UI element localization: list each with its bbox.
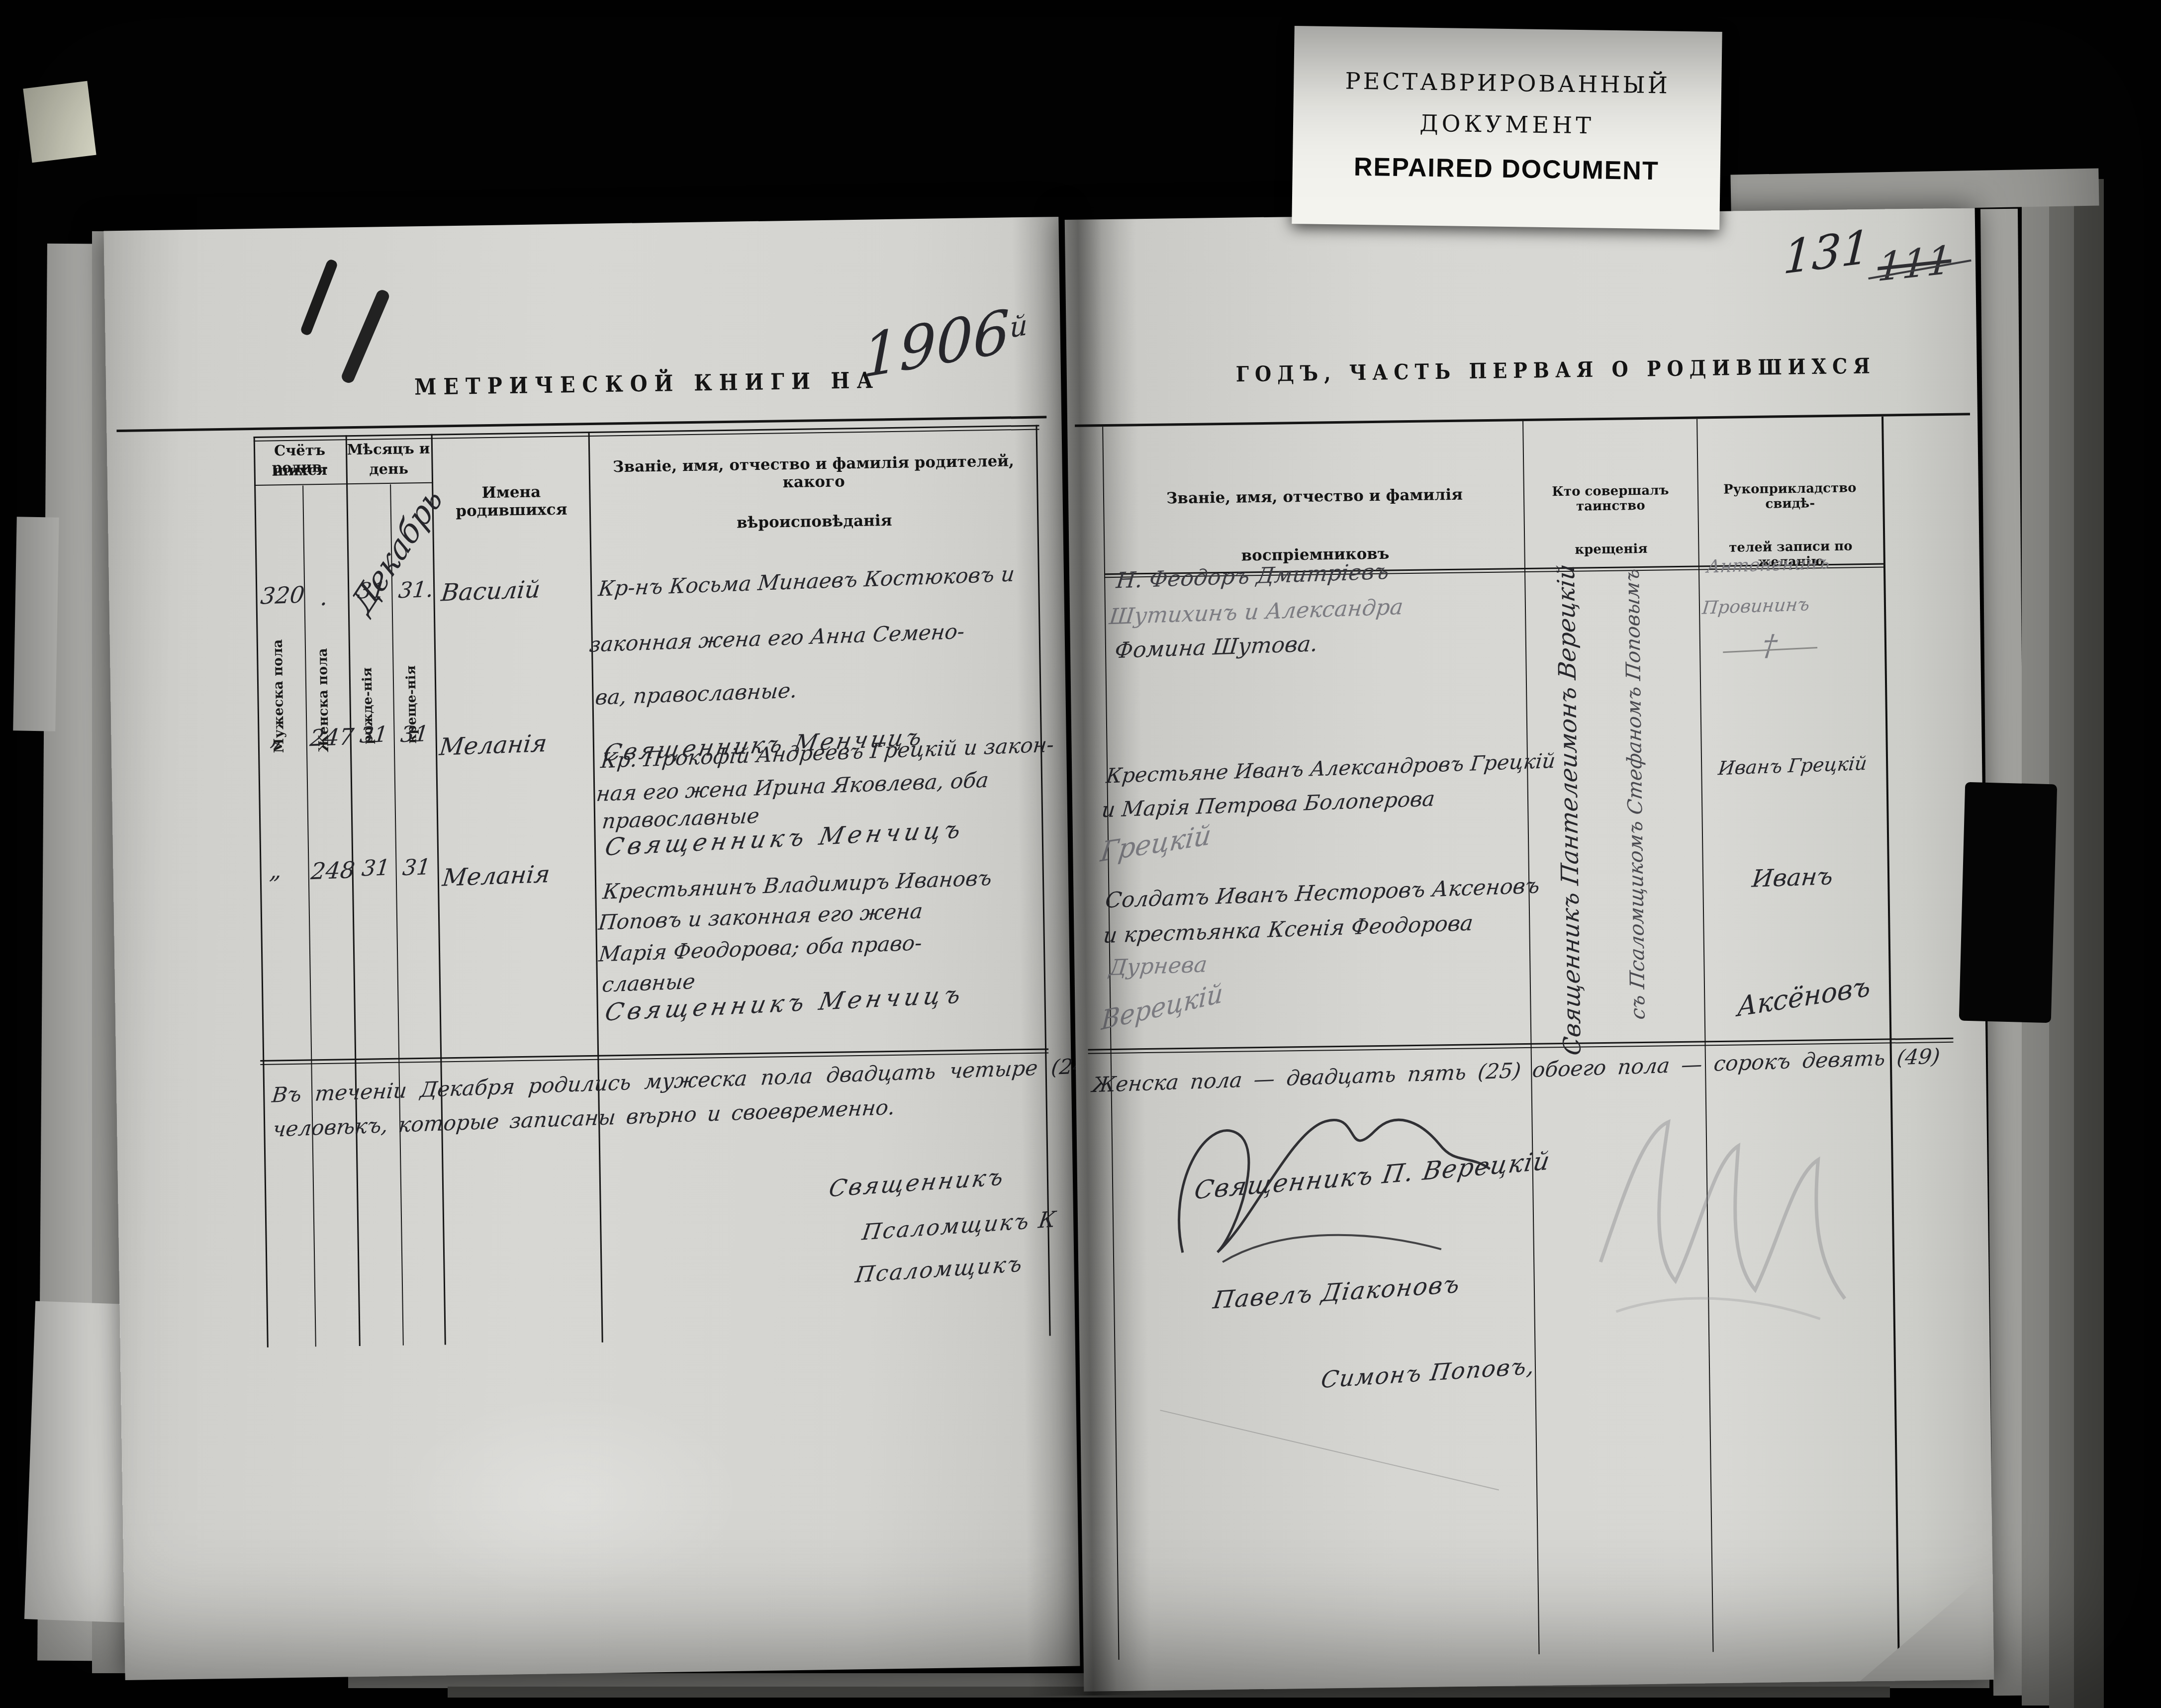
repair-label-ru-line2: ДОКУМЕНТ: [1293, 108, 1721, 141]
ink-smudge: [340, 288, 391, 385]
entry-parents-line: Крестьянинъ Владимиръ Ивановъ: [602, 868, 993, 902]
clergy-signature: Псаломщикъ: [854, 1253, 1025, 1286]
folio-number-crossed: 111: [1877, 241, 1953, 288]
year-handwritten: 1906й: [862, 298, 1028, 386]
godparents-line: Фомина Шутова.: [1114, 633, 1318, 662]
godparents-line: Крестьяне Иванъ Александровъ Грецкій: [1105, 751, 1556, 787]
repair-label: РЕСТАВРИРОВАННЫЙ ДОКУМЕНТ REPAIRED DOCUM…: [1292, 26, 1722, 230]
entry-baptism-day: 31: [401, 856, 432, 879]
entry-baptism-day: 31.: [397, 579, 435, 602]
entry-male-no: „: [269, 725, 283, 749]
entry-birth-day: 31: [361, 857, 391, 880]
entry-name: Меланія: [438, 731, 548, 759]
entry-baptism-day: 31: [399, 723, 430, 746]
summary-line: Женска пола — двадцать пять (25) обоего …: [1091, 1046, 1941, 1095]
col-line: [588, 432, 603, 1343]
entry-birth-day: 31: [359, 723, 389, 746]
witness-line: Антоненинъ: [1706, 554, 1831, 576]
right-page-title: ГОДЪ, ЧАСТЬ ПЕРВАЯ О РОДИВШИХСЯ: [1235, 353, 1876, 386]
col-line: [302, 485, 316, 1347]
entry-parents-line: ва, православные.: [594, 680, 798, 709]
paper-scrap: [13, 517, 59, 731]
archival-photo: МЕТРИЧЕСКОЙ КНИГИ НА 1906й Счётъ родив- …: [0, 0, 2161, 1708]
entry-name: Меланія: [441, 862, 551, 890]
entry-name: Василій: [440, 577, 542, 605]
witness-cross-mark: †: [1761, 630, 1779, 660]
paper-scrap: [23, 81, 96, 163]
col-header-count2: шихся: [254, 461, 346, 479]
header-rule: [116, 416, 1046, 432]
godparents-line: Солдатъ Иванъ Несторовъ Аксеновъ: [1104, 876, 1541, 912]
entry-male-no: „: [269, 859, 283, 882]
col-header-names: Имена родившихся: [433, 482, 589, 521]
col-header-officiant2: крещенія: [1524, 540, 1698, 558]
entry-parents-line: Кр-нъ Косьма Минаевъ Костюковъ и: [597, 564, 1016, 600]
witness-line: Провининъ: [1701, 596, 1810, 617]
officiant-vertical-line1: Священникъ Пантелеимонъ Верецкій: [1554, 563, 1585, 1057]
clergy-signature: Симонъ Поповъ,: [1319, 1354, 1537, 1391]
witness-line: Аксёновъ: [1737, 973, 1871, 1021]
col-line: [346, 435, 361, 1346]
entry-parents-line: ная его жена Ирина Яковлева, оба: [595, 770, 990, 805]
entry-male-no: 320: [260, 583, 306, 608]
col-header-parents: Званіе, имя, отчество и фамилія родителе…: [592, 452, 1035, 494]
col-header-month: Мѣсяцъ и: [346, 440, 431, 458]
entry-female-no: 247: [309, 725, 355, 749]
folio-number: 131: [1782, 224, 1871, 281]
repair-label-ru-line1: РЕСТАВРИРОВАННЫЙ: [1294, 67, 1722, 99]
entry-parents-line: Марія Феодорова; оба право-: [598, 932, 923, 965]
entry-female-no: 248: [310, 858, 356, 883]
subheader-divider: [254, 482, 433, 486]
entry-parents-line: законная жена его Анна Семено-: [588, 621, 966, 655]
pencil-scribble: [1584, 1099, 1885, 1352]
entry-birth-day: 31: [357, 579, 387, 602]
repair-label-en: REPAIRED DOCUMENT: [1292, 151, 1720, 187]
godparents-line: Шутихинъ и Александра: [1108, 596, 1404, 628]
witness-line: Иванъ: [1751, 864, 1834, 891]
col-header-godparents: Званіе, имя, отчество и фамилія: [1106, 485, 1523, 508]
col-line: [254, 437, 269, 1348]
officiant-vertical-line2: съ Псаломщикомъ Стефаномъ Поповымъ: [1622, 567, 1648, 1021]
left-page-title: МЕТРИЧЕСКОЙ КНИГИ НА: [414, 367, 880, 400]
godparents-line: и крестьянка Ксенія Феодорова: [1102, 913, 1474, 947]
left-page: МЕТРИЧЕСКОЙ КНИГИ НА 1906й Счётъ родив- …: [103, 217, 1080, 1680]
clergy-signature: Павелъ Діаконовъ: [1212, 1272, 1462, 1313]
col-line: [390, 484, 404, 1346]
paper-crack: [1160, 1410, 1499, 1490]
col-line: [1522, 421, 1539, 1654]
entry-parents-line: славные: [601, 971, 696, 995]
right-page: ГОДЪ, ЧАСТЬ ПЕРВАЯ О РОДИВШИХСЯ Званіе, …: [1065, 208, 1994, 1692]
entry-female-no: .: [319, 586, 329, 609]
bookmark-blob: [1959, 782, 2058, 1023]
top-edge-strip: [1730, 169, 2099, 212]
year-value: 1906: [862, 296, 1010, 392]
entry-parents-line: Поповъ и законная его жена: [597, 900, 924, 933]
col-header-officiant: Кто совершалъ таинство: [1523, 482, 1698, 515]
col-header-witness: Рукоприкладство свидѣ-: [1697, 480, 1883, 513]
clergy-signature: Священникъ: [827, 1165, 1007, 1200]
col-header-month2: день: [346, 460, 431, 478]
page-edge-strip: [2074, 179, 2104, 1708]
dog-ear-fold: [1859, 1580, 1979, 1681]
ink-smudge: [299, 258, 338, 336]
col-header-parents2: вѣроисповѣданія: [593, 510, 1035, 534]
book-spine-shadow: [1012, 206, 1151, 1696]
page-edge-strip: [2049, 189, 2076, 1708]
godparents-line: и Марія Петрова Болоперова: [1101, 788, 1436, 820]
witness-line: Иванъ Грецкій: [1717, 754, 1868, 778]
stain: [394, 1390, 746, 1604]
